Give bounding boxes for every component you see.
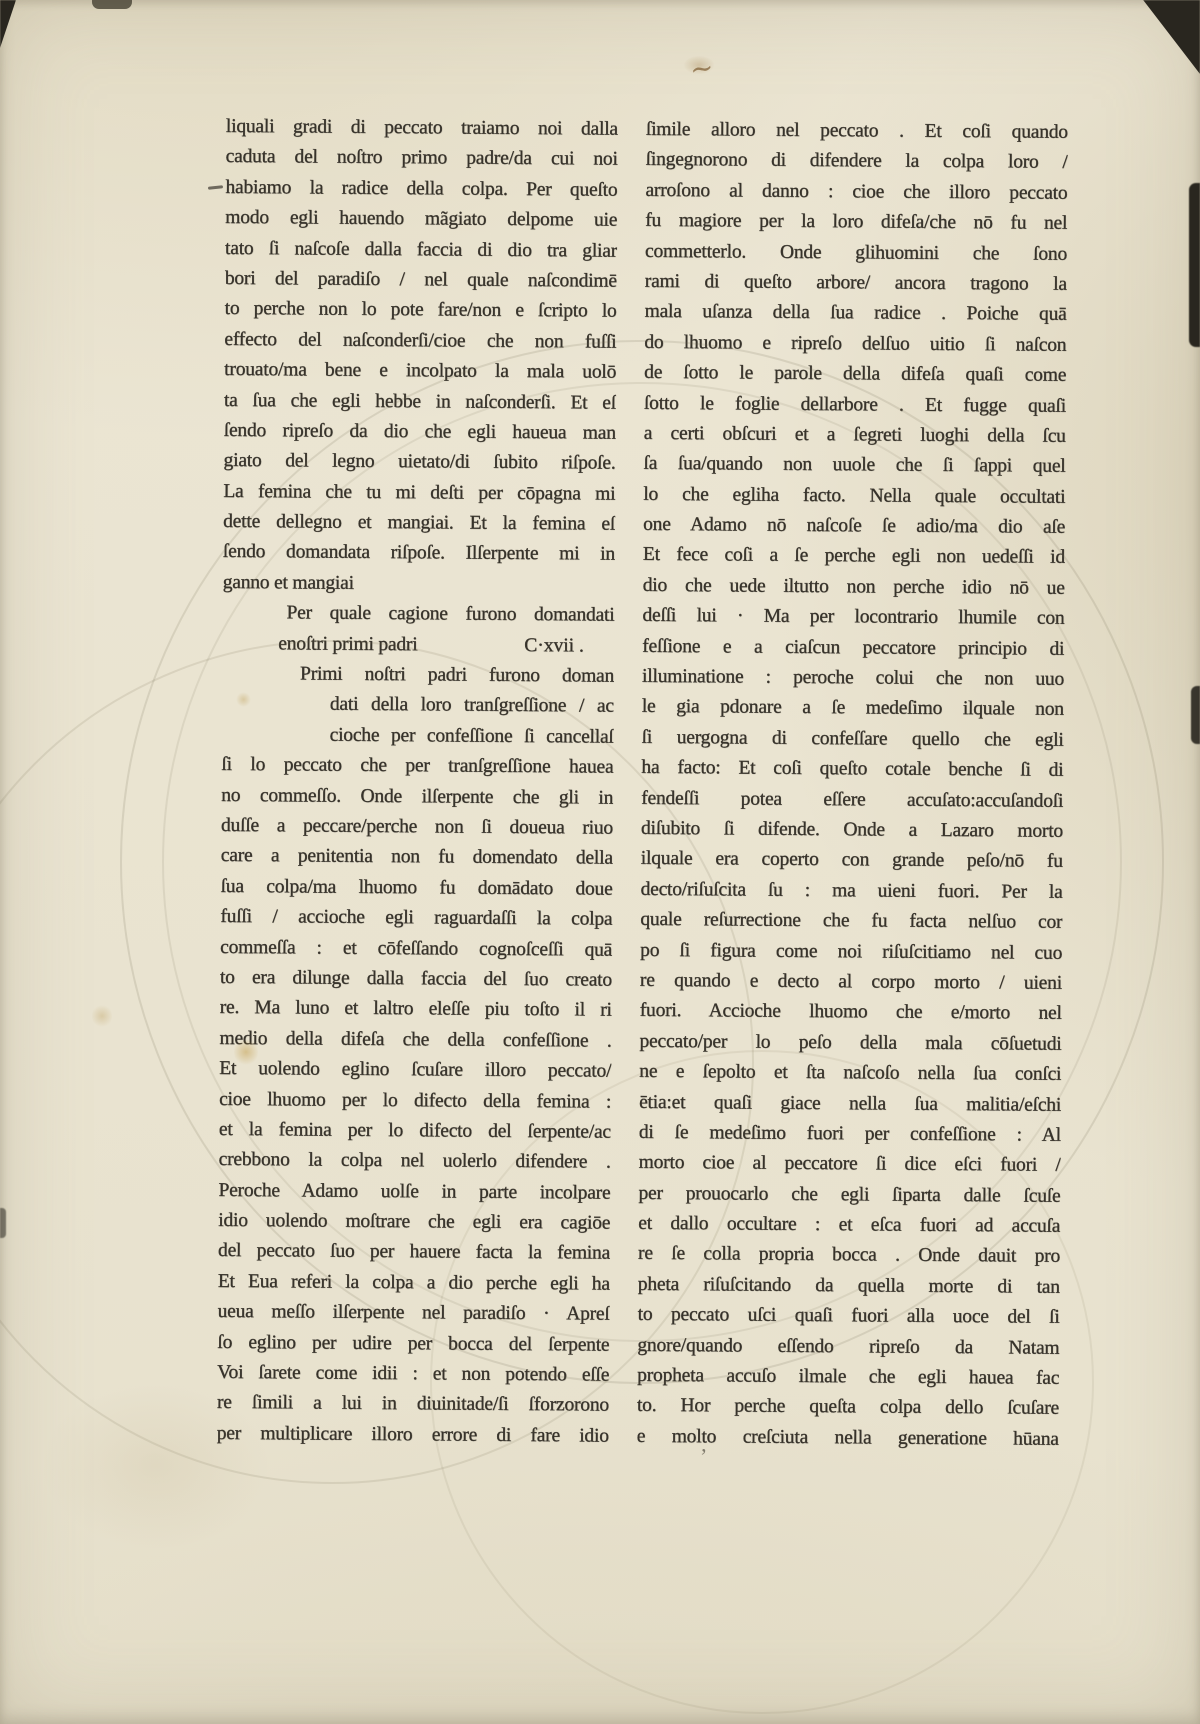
text-line: commeſſa : et cōfeſſando cognoſceſſi quā — [220, 932, 612, 965]
text-line: La femina che tu mi deſti per cōpagna mi — [223, 477, 615, 510]
text-line: habiamo la radice della colpa. Per queſt… — [225, 173, 617, 206]
text-line: crebbono la colpa nel uolerlo difendere … — [219, 1145, 611, 1178]
text-line: ne e ſepolto et ſta naſcoſo nella ſua co… — [639, 1057, 1061, 1090]
text-line: Per quale cagione furono domandati — [222, 598, 614, 631]
text-line: ſotto le foglie dellarbore . Et fugge qu… — [644, 388, 1066, 421]
text-line: mala uſanza della ſua radice . Poiche qu… — [645, 297, 1067, 330]
text-line: cioche per confeſſione ſi cancellaſ — [222, 720, 614, 753]
text-line: Primi noſtri padri furono doman — [222, 659, 614, 692]
text-line: et la femina per lo difecto del ſerpente… — [219, 1115, 611, 1148]
text-line: fuori. Accioche lhuomo che e/morto nel — [640, 996, 1062, 1029]
text-line: per multiplicare illoro errore di fare i… — [217, 1419, 609, 1452]
text-line: feſſione e a ciaſcun peccatore principio… — [642, 632, 1064, 665]
text-line: care a penitentia non fu domendato della — [221, 841, 613, 874]
text-line: ſendo ripreſo da dio che egli haueua man — [224, 416, 616, 449]
text-column-left: liquali gradi di peccato traiamo noi dal… — [217, 112, 618, 1452]
text-line: del peccato ſuo per hauere facta la femi… — [218, 1236, 610, 1269]
text-line: fendeſſi potea eſſere accuſato:accuſando… — [641, 783, 1063, 816]
text-line: caduta del noſtro primo padre/da cui noi — [226, 142, 618, 175]
text-line: illuminatione : peroche colui che non uu… — [642, 662, 1064, 695]
text-line: dette dellegno et mangiai. Et la femina … — [223, 507, 615, 540]
text-line: idio uolendo moſtrare che egli era cagiō… — [218, 1206, 610, 1239]
text-line: a certi obſcuri et a ſegreti luoghi dell… — [644, 419, 1066, 452]
text-line: Et fece coſi a ſe perche egli non uedeſſ… — [643, 540, 1065, 573]
text-line: duſſe a peccare/perche non ſi doueua riu… — [221, 811, 613, 844]
text-line: fu magiore per la loro difeſa/che nō fu … — [645, 206, 1067, 239]
text-line: modo egli hauendo mãgiato delpome uie — [225, 203, 617, 236]
text-line: bori del paradiſo / nel quale naſcondimē — [225, 264, 617, 297]
text-line: no commeſſo. Onde ilſerpente che gli in — [221, 781, 613, 814]
text-column-right: ſimile alloro nel peccato . Et coſi quan… — [637, 115, 1068, 1455]
text-line: ſi uergogna di confeſſare quello che egl… — [642, 723, 1064, 756]
text-line: to era dilunge dalla faccia del ſuo crea… — [220, 963, 612, 996]
text-line: Peroche Adamo uolſe in parte incolpare — [218, 1176, 610, 1209]
text-line: Voi ſarete come idii : et non potendo eſ… — [217, 1358, 609, 1391]
text-line: liquali gradi di peccato traiamo noi dal… — [226, 112, 618, 145]
text-line: diſubito ſi difende. Onde a Lazaro morto — [641, 814, 1063, 847]
text-line: commetterlo. Onde glihuomini che ſono — [645, 236, 1067, 269]
text-line: trouato/ma bene e incolpato la mala uolō — [224, 355, 616, 388]
text-line: tato ſi naſcoſe dalla faccia di dio tra … — [225, 234, 617, 267]
text-line: ſingegnorono di difendere la colpa loro … — [646, 145, 1068, 178]
text-line: to. Hor perche queſta colpa dello ſcuſar… — [637, 1391, 1059, 1424]
text-line: di ſe medeſimo fuori per confeſſione : A… — [639, 1118, 1061, 1151]
text-line: re ſe colla propria bocca . Onde dauit p… — [638, 1239, 1060, 1272]
incunabulum-page-scan: liquali gradi di peccato traiamo noi dal… — [0, 0, 1200, 1724]
text-line: morto cioe al peccatore ſi dice eſci fuo… — [639, 1148, 1061, 1181]
text-line: ſua colpa/ma lhuomo fu domādato doue — [221, 872, 613, 905]
text-line: decto/riſuſcita ſu : ma uieni fuori. Per… — [640, 875, 1062, 908]
text-line: giato del legno uietato/di ſubito riſpoſ… — [223, 446, 615, 479]
text-line: effecto del naſconderſi/cioe che non fuſ… — [224, 325, 616, 358]
text-line: one Adamo nō naſcoſe ſe adio/ma dio aſe — [643, 510, 1065, 543]
chapter-number: C·xvii . — [524, 631, 584, 662]
text-line: re. Ma luno et laltro eleſſe piu toſto i… — [220, 993, 612, 1026]
margin-squiggle-mark: ∼ — [688, 51, 716, 88]
text-line: re ſimili a lui in diuinitade/ſi ſforzor… — [217, 1388, 609, 1421]
text-line: re quando e decto al corpo morto / uieni — [640, 966, 1062, 999]
text-line: cioe lhuomo per lo difecto della femina … — [219, 1084, 611, 1117]
text-line: quale reſurrectione che fu facta nelſuo … — [640, 905, 1062, 938]
text-line: ſimile alloro nel peccato . Et coſi quan… — [646, 115, 1068, 148]
text-line: ha facto: Et coſi queſto cotale benche ſ… — [641, 753, 1063, 786]
text-line: dati della loro tranſgreſſione / ac — [222, 689, 614, 722]
text-line: ſa ſua/quando non uuole che ſi ſappi que… — [643, 449, 1065, 482]
text-line: arroſono al danno : cioe che illoro pecc… — [645, 176, 1067, 209]
text-line: pheta riſuſcitando da quella morte di ta… — [638, 1270, 1060, 1303]
text-line: dio che uede iltutto non perche idio nō … — [643, 571, 1065, 604]
text-line: ētia:et quaſi giace nella ſua malitia/eſ… — [639, 1087, 1061, 1120]
text-line: deſſi lui · Ma per locontrario lhumile c… — [642, 601, 1064, 634]
text-line: per prouocarlo che egli ſiparta dalle ſc… — [638, 1179, 1060, 1212]
text-line: ta ſua che egli hebbe in naſconderſi. Et… — [224, 385, 616, 418]
text-line: ſendo domandata riſpoſe. Ilſerpente mi i… — [223, 537, 615, 570]
text-line: do lhuomo e ripreſo delſuo uitio ſi naſc… — [644, 328, 1066, 361]
text-line: gnore/quando eſſendo ripreſo da Natam — [637, 1330, 1059, 1363]
text-line: medio della difeſa che della confeſſione… — [219, 1024, 611, 1057]
text-line: ueua meſſo ilſerpente nel paradiſo · Apr… — [218, 1297, 610, 1330]
margin-tick-mark: ʼ — [700, 1444, 707, 1470]
text-line: Et uolendo eglino ſcuſare illoro peccato… — [219, 1054, 611, 1087]
text-line: po ſi figura come noi riſuſcitiamo nel c… — [640, 935, 1062, 968]
text-line: propheta accuſo ilmale che egli hauea fa… — [637, 1361, 1059, 1394]
text-line: to peccato uſci quaſi fuori alla uoce de… — [638, 1300, 1060, 1333]
text-line: to perche non lo pote fare/non e ſcripto… — [225, 294, 617, 327]
text-line: ilquale era coperto con grande peſo/nō f… — [641, 844, 1063, 877]
text-line: rami di queſto arbore/ ancora tragono la — [645, 267, 1067, 300]
text-line: fuſſi / accioche egli raguardaſſi la col… — [220, 902, 612, 935]
text-line: ſo eglino per udire per bocca del ſerpen… — [217, 1328, 609, 1361]
text-line: ſi lo peccato che per tranſgreſſione hau… — [221, 750, 613, 783]
text-line: et dallo occultare : et eſca fuori ad ac… — [638, 1209, 1060, 1242]
text-line: de ſotto le parole della difeſa quaſi co… — [644, 358, 1066, 391]
text-line: lo che egliha facto. Nella quale occulta… — [643, 480, 1065, 513]
text-line: peccato/per lo peſo della mala cōſuetudi — [639, 1027, 1061, 1060]
text-line: Et Eua referi la colpa a dio perche egli… — [218, 1267, 610, 1300]
text-line: le gia pdonare a ſe medeſimo ilquale non — [642, 692, 1064, 725]
text-line: ganno et mangiai — [223, 568, 615, 601]
text-block: liquali gradi di peccato traiamo noi dal… — [0, 0, 1200, 1724]
